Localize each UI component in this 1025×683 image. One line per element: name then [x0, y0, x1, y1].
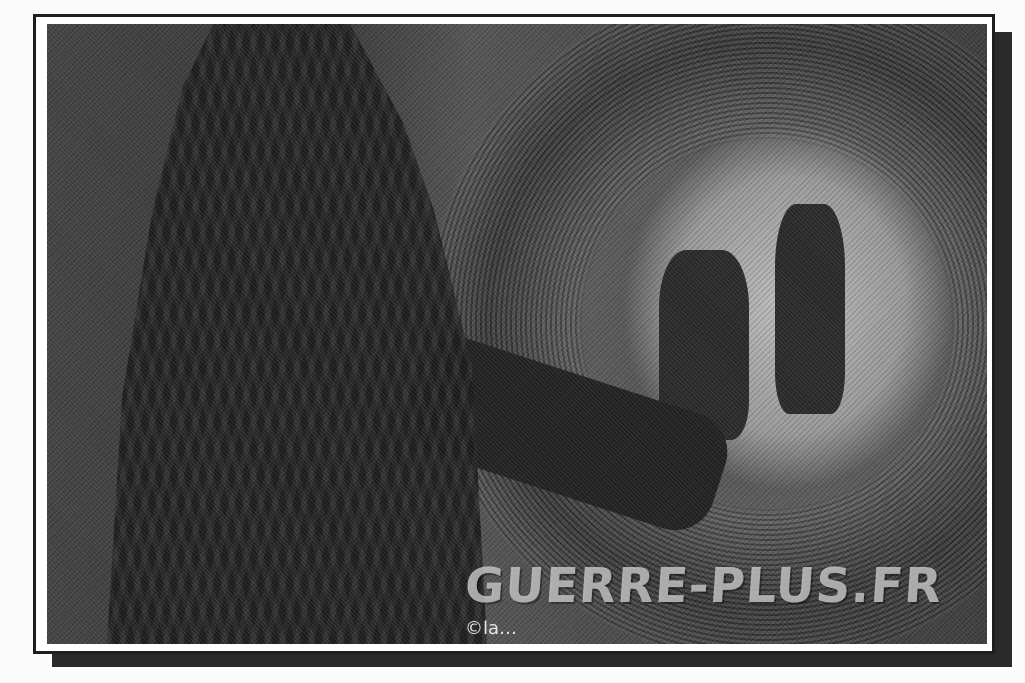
watermark: GUERRE-PLUS.FR: [463, 558, 944, 614]
copyright-caption: ©la…: [465, 618, 517, 639]
halftone-noise: [47, 24, 987, 644]
photograph: GUERRE-PLUS.FR ©la…: [47, 24, 987, 644]
